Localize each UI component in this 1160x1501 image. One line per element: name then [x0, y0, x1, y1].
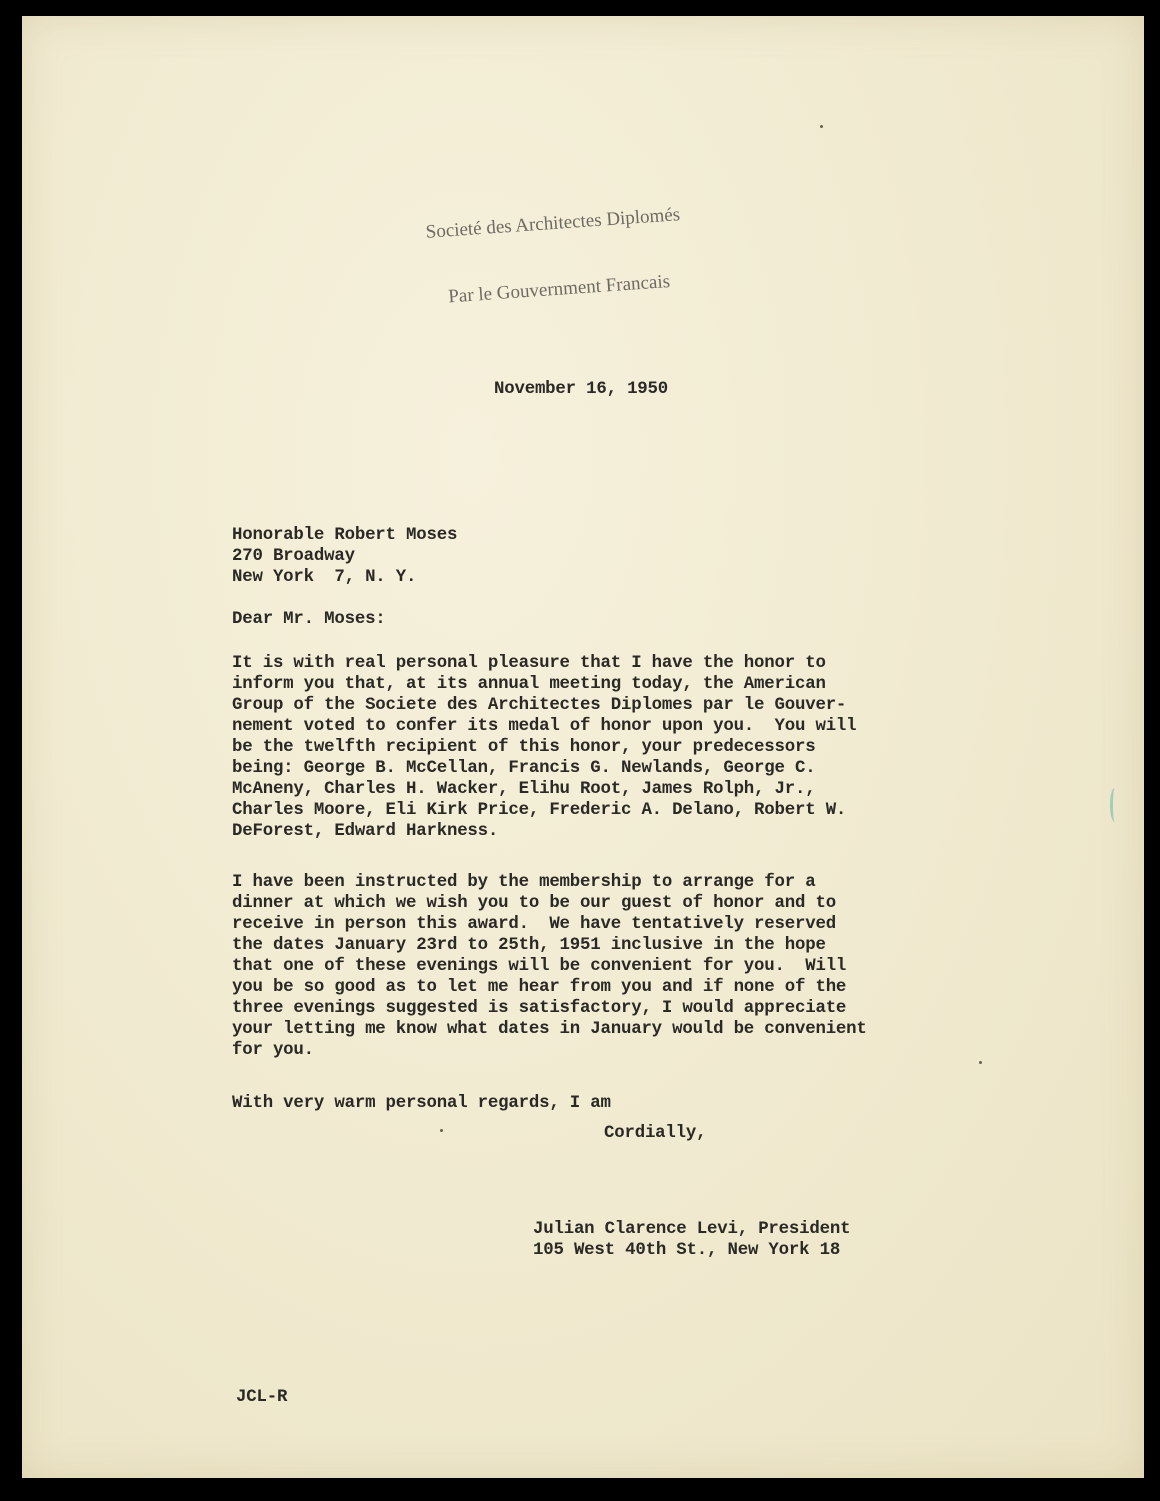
stamp-line-1: Societé des Architectes Diplomés: [425, 204, 681, 244]
paragraph-line: Group of the Societe des Architectes Dip…: [232, 696, 846, 716]
paragraph-line: being: George B. McCellan, Francis G. Ne…: [232, 759, 815, 779]
paragraph-line: DeForest, Edward Harkness.: [232, 822, 498, 842]
paper-speck: [979, 1061, 982, 1064]
paragraph-line: I have been instructed by the membership…: [232, 873, 815, 893]
paragraph-line: receive in person this award. We have te…: [232, 915, 836, 935]
signer-name-title: Julian Clarence Levi, President: [533, 1220, 850, 1240]
complimentary-close: Cordially,: [604, 1124, 706, 1144]
ink-mark: [1110, 788, 1119, 822]
recipient-street: 270 Broadway: [232, 547, 355, 567]
reference-initials: JCL-R: [236, 1388, 287, 1408]
paragraph-line: McAneny, Charles H. Wacker, Elihu Root, …: [232, 780, 815, 800]
recipient-city: New York 7, N. Y.: [232, 568, 416, 588]
paragraph-line: It is with real personal pleasure that I…: [232, 654, 826, 674]
paragraph-line: you be so good as to let me hear from yo…: [232, 978, 846, 998]
paper-speck: [820, 125, 823, 128]
closing-line: With very warm personal regards, I am: [232, 1094, 611, 1114]
letter-date: November 16, 1950: [494, 380, 668, 400]
paper-speck: [440, 1129, 443, 1132]
paragraph-line: inform you that, at its annual meeting t…: [232, 675, 826, 695]
paragraph-line: that one of these evenings will be conve…: [232, 957, 846, 977]
society-stamp: Societé des Architectes Diplomés Par le …: [422, 160, 689, 353]
salutation: Dear Mr. Moses:: [232, 610, 386, 630]
recipient-name: Honorable Robert Moses: [232, 526, 457, 546]
paragraph-line: Charles Moore, Eli Kirk Price, Frederic …: [232, 801, 846, 821]
paragraph-line: nement voted to confer its medal of hono…: [232, 717, 856, 737]
signer-address: 105 West 40th St., New York 18: [533, 1241, 840, 1261]
paragraph-line: three evenings suggested is satisfactory…: [232, 999, 846, 1019]
paragraph-line: be the twelfth recipient of this honor, …: [232, 738, 815, 758]
letter-page: Societé des Architectes Diplomés Par le …: [22, 16, 1144, 1478]
paragraph-line: your letting me know what dates in Janua…: [232, 1020, 867, 1040]
paragraph-line: the dates January 23rd to 25th, 1951 inc…: [232, 936, 826, 956]
stamp-line-2: Par le Gouvernment Francais: [430, 270, 686, 310]
paragraph-line: for you.: [232, 1041, 314, 1061]
paragraph-line: dinner at which we wish you to be our gu…: [232, 894, 836, 914]
